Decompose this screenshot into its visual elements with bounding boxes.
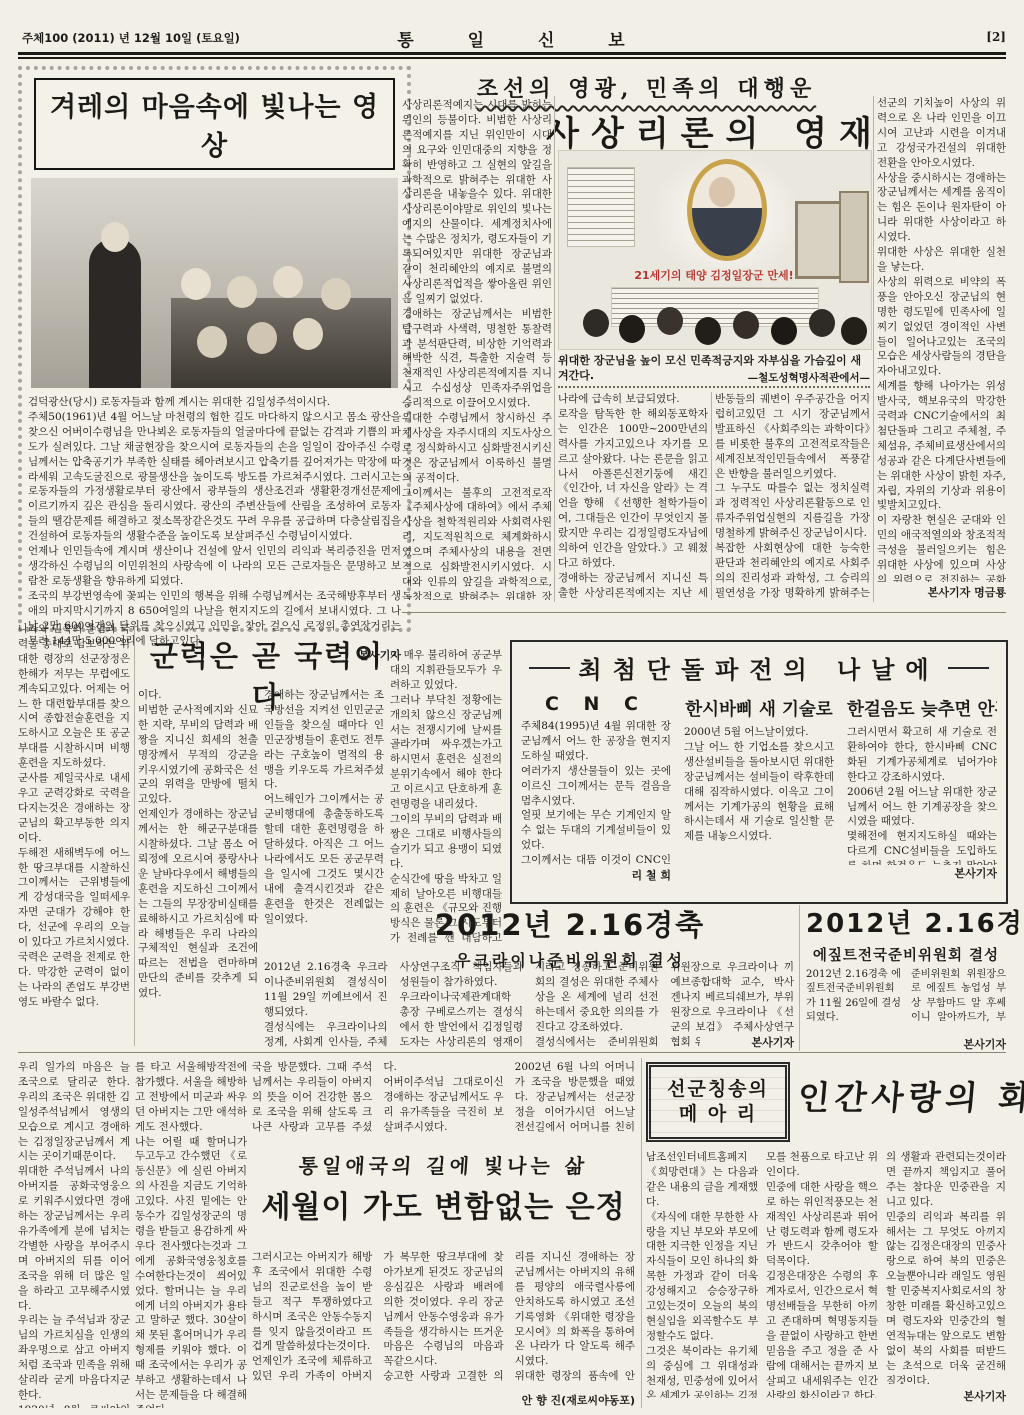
photo-museum-room: 21세기의 태양 김정일장군 만세! (558, 150, 872, 350)
main-headline: 사상리론의 영재 (545, 106, 885, 155)
photo-kim-il-sung-with-workers (31, 178, 398, 388)
article-cnc-box: 최첨단돌파전의 나날에 C N C 주체84(1995)년 4월 위대한 장군님… (510, 640, 1008, 904)
main-col4: 선군의 기치높이 사상의 위력으로 온 나라 인민을 이끄시여 고난과 시련을 … (877, 96, 1006, 582)
echo-box-line1: 선군칭송의 (651, 1077, 785, 1102)
memory-top-strip: 국을 방문했다. 그때 주석님께서는 우리들이 아버지의 뜻을 이어 건강한 몸… (252, 1060, 635, 1140)
column-rule (134, 622, 135, 1046)
photo-framed-scroll (839, 191, 869, 283)
army-col1: 나라와 민족의 존엄과 국력을 총대로 담보하는 위대한 령장의 선군장정은 한… (18, 622, 130, 1046)
article-left-headline: 겨레의 마음속에 빛나는 영상 (34, 78, 395, 170)
echo-col1: 남조선인터네트홈페지 《희망련대》는 다음과 같은 내용의 글을 게재했다. 《… (646, 1150, 758, 1398)
cnc-col1: C N C 주체84(1995)년 4월 위대한 장군님께서 어느 한 공장을 … (521, 691, 671, 887)
section-rule (402, 612, 1006, 613)
photo-portrait-face (709, 177, 735, 207)
caption-dotted-rule (558, 386, 870, 388)
cnc-col3-body: 그러시면서 확고히 새 기술로 전환하여야 한다, 한시바삐 CNC화된 기계가… (847, 725, 997, 865)
egypt-headline-block: 2012년 2.16경축 에짚트전국준비위원회 결성 (806, 903, 1006, 965)
cnc-col1-body: 주체84(1995)년 4월 위대한 장군님께서 어느 한 공장을 현지지도하실… (521, 719, 671, 867)
cnc-col3: 한걸음도 늦추면 안된다 그러시면서 확고히 새 기술로 전환하여야 한다, 한… (847, 691, 997, 887)
photo-leader-face (101, 222, 129, 252)
egypt-body: 2012년 2.16경축 에짚트전국준비위원회가 11월 26일에 결성되였다.… (806, 968, 1006, 1034)
masthead: 통 일 신 보 (312, 26, 712, 51)
main-photo-credit: —철도성혁명사적관에서— (558, 370, 870, 385)
memory-headline: 세월이 가도 변함없는 은정 (252, 1182, 635, 1226)
header-rule-thin (18, 57, 1006, 59)
memory-kicker: 통일애국의 길에 빛나는 삶 (251, 1150, 636, 1179)
photo-leader-figure (89, 238, 141, 388)
column-rule (554, 96, 555, 602)
cnc-col2-body: 2000년 5월 어느날이였다. 그날 어느 한 기업소를 찾으시고 생산설비들… (684, 725, 834, 885)
header-rule-thick (18, 52, 1006, 55)
cnc-byline-3: 본사기자 (847, 865, 997, 881)
article-left-boxed: 겨레의 마음속에 빛나는 영상 검덕광산(당시) 로동자들과 함께 계시는 위대… (18, 66, 411, 632)
army-col2: 이다. 비범한 군사적예지와 신묘한 지략, 무비의 담력과 배짱을 지니신 희… (138, 688, 258, 1046)
photo-wall-poster (567, 167, 635, 247)
egypt-subhead: 에짚트전국준비위원회 결성 (806, 944, 1006, 965)
memory-bottom-strip: 그러시고는 아버지가 해방후 조국에서 위대한 수령님의 진군로선을 높이 받들… (252, 1250, 635, 1388)
page-number: [2] (900, 30, 1006, 44)
photo-crowd-shadow (171, 298, 391, 388)
memory-byline: 안 향 진(재로씨야동포) (252, 1392, 635, 1408)
echo-box-line2: 메 아 리 (651, 1102, 785, 1127)
column-rule (873, 96, 874, 602)
photo-song-board (611, 287, 819, 327)
main-col3: 반동들의 궤변이 우주공간을 어지럽히고있던 그 시기 장군님께서 발표하신 《… (715, 392, 870, 600)
egypt-headline: 2012년 2.16경축 (806, 903, 1006, 940)
echo-col2: 모를 천품으로 타고난 위인이다. 민중에 대한 사랑을 핵으로 하는 위인적풍… (766, 1150, 878, 1398)
ukraine-byline: 본사기자 (700, 1034, 794, 1050)
cnc-headline: 최첨단돌파전의 나날에 (521, 650, 997, 685)
memory-col2: 를 타고 서울해방작전에 참가했다. 서울을 해방하고 전방에서 미군과 싸우던… (135, 1060, 247, 1408)
column-rule (711, 392, 712, 600)
cnc-subhead-1: C N C (521, 693, 671, 715)
army-col3: 경애하는 장군님께서는 조국방선을 지켜선 인민군군인들을 찾으실 때마다 인민… (264, 688, 384, 946)
echo-headline: 인간사랑의 화신 (796, 1072, 1008, 1119)
band-rule (18, 1052, 1006, 1053)
echo-byline: 본사기자 (886, 1388, 1006, 1404)
article-left-body: 검덕광산(당시) 로동자들과 함께 계시는 위대한 김일성주석이시다. 주체50… (28, 395, 401, 647)
ukraine-headline: 2012년 2.16경축 (420, 903, 720, 944)
echo-col3: 의 생활과 관련되는것이라면 끝까지 책임지고 풀어주는 참다운 민중관을 지니… (886, 1150, 1006, 1384)
memory-col1: 우리 일가의 마음은 늘 조국으로 달리군 한다. 우리의 조국은 위대한 김일… (18, 1060, 130, 1408)
army-col4: 이 매우 불리하여 공군부대의 지휘관들모두가 우려하고 있었다. 그러나 부닥… (390, 648, 502, 946)
column-rule (641, 1058, 642, 1408)
photo-visitor-crowd (559, 327, 871, 349)
egypt-byline: 본사기자 (806, 1036, 1006, 1052)
photo-worker-heads (181, 268, 211, 300)
main-col1: 사상리론적예지는 시대를 밝히는 위인의 등불이다. 비범한 사상리론적예지를 … (402, 98, 552, 600)
photo-kim-jong-il-portrait (687, 159, 767, 261)
echo-series-box: 선군칭송의 메 아 리 (646, 1062, 790, 1142)
column-rule (799, 905, 800, 1051)
newspaper-page: 주체100 (2011) 년 12월 10일 (토요일) 통 일 신 보 [2]… (0, 0, 1024, 1415)
main-byline: 본사기자 명금룡 (877, 584, 1006, 600)
cnc-subhead-2: 한시바삐 새 기술로 (684, 696, 834, 721)
cnc-subhead-3: 한걸음도 늦추면 안된다 (847, 696, 997, 721)
cnc-byline-1: 리 철 희 (521, 867, 671, 883)
cnc-col2: 한시바삐 새 기술로 2000년 5월 어느날이였다. 그날 어느 한 기업소를… (684, 691, 834, 887)
main-col2: 나라에 급속히 보급되였다. 로작을 탐독한 한 해외동포학자는 인간은 100… (558, 392, 708, 600)
